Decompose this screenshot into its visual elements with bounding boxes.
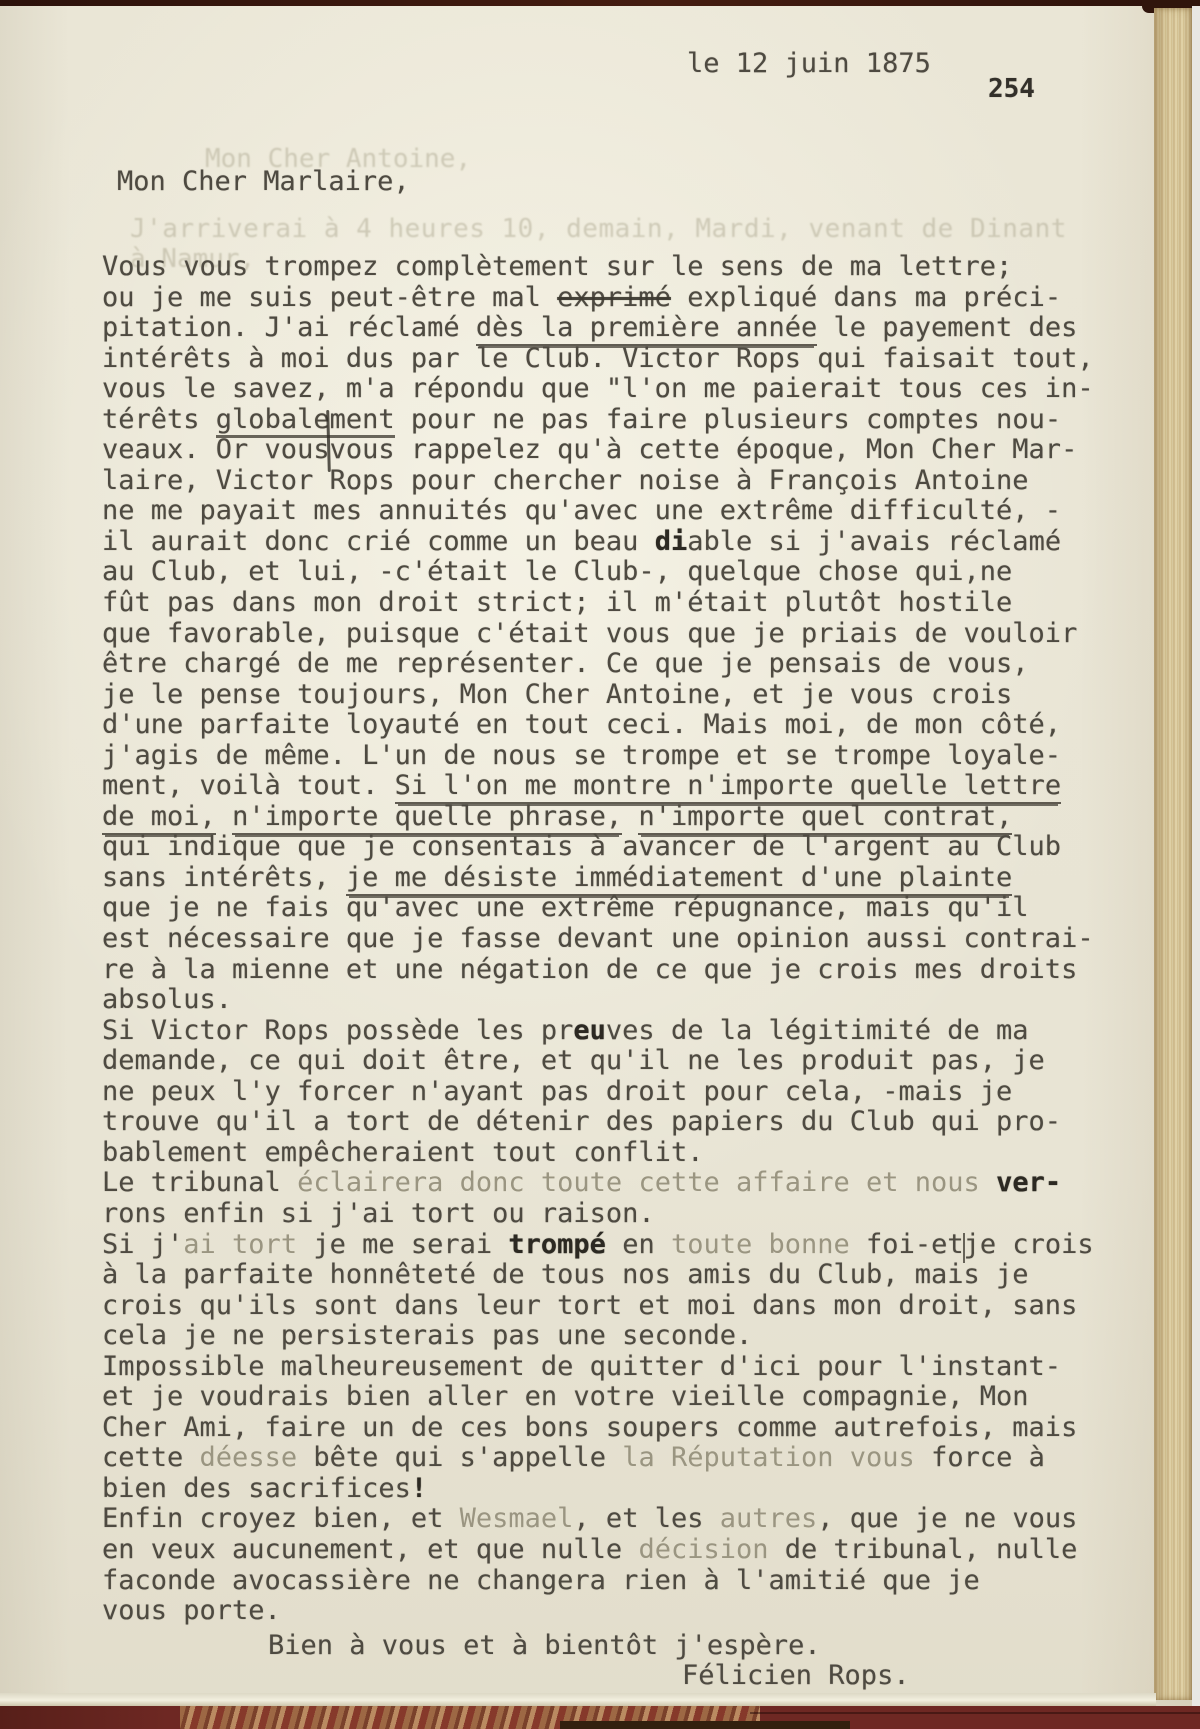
text-segment: est nécessaire que je fasse devant une o… [102,923,1094,954]
text-segment: di [655,526,688,557]
text-segment: et je voudrais bien aller en votre vieil… [102,1381,1029,1412]
letter-page: Mon Cher Antoine,J'arriverai à 4 heures … [0,0,1200,1729]
letter-line: re à la mienne et une négation de ce que… [102,955,1094,986]
letter-line: Enfin croyez bien, et Wesmael, et les au… [102,1504,1094,1535]
letter-signature: Félicien Rops. [682,1660,910,1691]
text-segment: veaux. Or vousvous rappelez qu'à cette é… [102,434,1077,465]
text-segment: Si l'on me montre n'importe quelle lettr… [395,770,1061,804]
text-segment: n'importe quel contrat, [638,801,1012,835]
letter-line: trouve qu'il a tort de détenir des papie… [102,1107,1094,1138]
letter-line: absolus. [102,985,1094,1016]
letter-line: Si j'ai tort je me serai trompé en toute… [102,1230,1094,1261]
text-segment: je me désiste immédiatement d'une plaint… [346,862,1012,896]
letter-line: est nécessaire que je fasse devant une o… [102,924,1094,955]
letter-line: qui indique que je consentais à avancer … [102,832,1094,863]
letter-line: Le tribunal éclairera donc toute cette a… [102,1168,1094,1199]
text-segment: Cher Ami, faire un de ces bons soupers c… [102,1412,1077,1443]
letter-line: ou je me suis peut-être mal exprimé expl… [102,283,1094,314]
text-segment: ver- [996,1167,1061,1198]
letter-line: à la parfaite honnêteté de tous nos amis… [102,1260,1094,1291]
text-segment: le payement des [817,312,1077,343]
page-number: 254 [988,74,1035,104]
letter-line: ment, voilà tout. Si l'on me montre n'im… [102,771,1094,802]
pen-mark [963,1233,965,1263]
text-segment: faconde avocassière ne changera rien à l… [102,1565,980,1596]
text-segment: bablement empêcheraient tout conflit. [102,1137,703,1168]
text-segment: il aurait donc crié comme un beau [102,526,655,557]
text-segment: j'agis de même. L'un de nous se trompe e… [102,740,1061,771]
text-segment: trouve qu'il a tort de détenir des papie… [102,1106,1061,1137]
text-segment: cette [102,1442,200,1473]
letter-line: Impossible malheureusement de quitter d'… [102,1352,1094,1383]
text-segment: crois qu'ils sont dans leur tort et moi … [102,1290,1077,1321]
letter-line: bien des sacrifices! [102,1474,1094,1505]
letter-line: demande, ce qui doit être, et qu'il ne l… [102,1046,1094,1077]
text-segment: bien des sacrifices [102,1473,411,1504]
letter-valediction: Bien à vous et à bientôt j'espère. [268,1630,821,1661]
text-segment: ment, voilà tout. [102,770,395,801]
page-stack-edge [1154,8,1192,1700]
letter-line: en veux aucunement, et que nulle décisio… [102,1535,1094,1566]
book-cover-edge [0,0,1200,6]
letter-line: que favorable, puisque c'était vous que … [102,619,1094,650]
binding-seam [750,1712,1200,1714]
text-segment: vous le savez, m'a répondu que "l'on me … [102,373,1094,404]
text-segment: pitation. J'ai réclamé [102,312,476,343]
bleedthrough-line: J'arriverai à 4 heures 10, demain, Mardi… [130,214,1067,244]
text-segment: pour ne pas faire plusieurs comptes nou- [395,404,1061,435]
text-segment: n'importe quelle phrase, [232,801,622,835]
letter-line: fût pas dans mon droit strict; il m'étai… [102,588,1094,619]
text-segment: éclairera donc toute cette affaire et no… [297,1167,996,1198]
letter-line: rons enfin si j'ai tort ou raison. [102,1199,1094,1230]
binding-shadow [560,1721,850,1729]
text-segment: à la parfaite honnêteté de tous nos amis… [102,1259,1029,1290]
text-segment: décision [638,1534,768,1565]
text-segment: , que je ne vous [817,1503,1077,1534]
text-segment: ves de la légitimité de ma [606,1015,1029,1046]
text-segment: foi-etje crois [850,1229,1094,1260]
letter-line: cette déesse bête qui s'appelle la Réput… [102,1443,1094,1474]
letter-line: sans intérêts, je me désiste immédiateme… [102,863,1094,894]
letter-line: j'agis de même. L'un de nous se trompe e… [102,741,1094,772]
text-segment: fût pas dans mon droit strict; il m'étai… [102,587,1012,618]
text-segment: Enfin croyez bien, et [102,1503,460,1534]
text-segment: absolus. [102,984,232,1015]
text-segment: autres [720,1503,818,1534]
letter-line: ne me payait mes annuités qu'avec une ex… [102,496,1094,527]
letter-line: crois qu'ils sont dans leur tort et moi … [102,1291,1094,1322]
scan-background-strip [1192,6,1200,1706]
text-segment: cela je ne persisterais pas une seconde. [102,1320,752,1351]
text-segment: , et les [573,1503,719,1534]
text-segment: que favorable, puisque c'était vous que … [102,618,1077,649]
text-segment: demande, ce qui doit être, et qu'il ne l… [102,1045,1045,1076]
text-segment: expliqué dans ma préci- [671,282,1061,313]
text-segment: d'une parfaite loyauté en tout ceci. Mai… [102,709,1061,740]
letter-line: bablement empêcheraient tout conflit. [102,1138,1094,1169]
text-segment: intérêts à moi dus par le Club. Victor R… [102,343,1094,374]
text-segment: en veux aucunement, et que nulle [102,1534,638,1565]
letter-line: veaux. Or vousvous rappelez qu'à cette é… [102,435,1094,466]
text-segment: ne peux l'y forcer n'ayant pas droit pou… [102,1076,1012,1107]
text-segment: Si j' [102,1229,183,1260]
letter-line: térêts globalement pour ne pas faire plu… [102,405,1094,436]
text-segment: au Club, et lui, -c'était le Club-, quel… [102,556,1012,587]
text-segment: être chargé de me représenter. Ce que je… [102,648,1029,679]
letter-line: et je voudrais bien aller en votre vieil… [102,1382,1094,1413]
letter-line: faconde avocassière ne changera rien à l… [102,1566,1094,1597]
text-segment: ! [411,1473,427,1504]
text-segment: vous porte. [102,1595,281,1626]
text-segment [622,801,638,832]
letter-line: d'une parfaite loyauté en tout ceci. Mai… [102,710,1094,741]
text-segment: la Réputation vous [622,1442,915,1473]
text-segment: ne me payait mes annuités qu'avec une ex… [102,495,1061,526]
letter-line: Vous vous trompez complètement sur le se… [102,252,1094,283]
text-segment: Si Victor Rops possède les pr [102,1015,573,1046]
text-segment: able si j'avais réclamé [687,526,1061,557]
text-segment: Le tribunal [102,1167,297,1198]
letter-line: il aurait donc crié comme un beau diable… [102,527,1094,558]
letter-line: vous porte. [102,1596,1094,1627]
text-segment: Vous vous trompez complètement sur le se… [102,251,1012,282]
text-segment: trompé [508,1229,606,1260]
letter-line: être chargé de me représenter. Ce que je… [102,649,1094,680]
letter-line: laire, Victor Rops pour chercher noise à… [102,466,1094,497]
text-segment: Wesmael [460,1503,574,1534]
text-segment: eu [573,1015,606,1046]
letter-line: de moi, n'importe quelle phrase, n'impor… [102,802,1094,833]
text-segment: de moi, [102,801,216,835]
text-segment [216,801,232,832]
text-segment: force à [915,1442,1045,1473]
letter-line: pitation. J'ai réclamé dès la première a… [102,313,1094,344]
text-segment: térêts [102,404,216,435]
text-segment: je me serai [297,1229,508,1260]
letter-line: vous le savez, m'a répondu que "l'on me … [102,374,1094,405]
text-segment: en [606,1229,671,1260]
letter-line: cela je ne persisterais pas une seconde. [102,1321,1094,1352]
text-segment: re à la mienne et une négation de ce que… [102,954,1077,985]
text-segment: Impossible malheureusement de quitter d'… [102,1351,1061,1382]
text-segment: exprimé [557,282,671,313]
letter-line: je le pense toujours, Mon Cher Antoine, … [102,680,1094,711]
text-segment: déesse [200,1442,298,1473]
text-segment: que je ne fais qu'avec une extrême répug… [102,892,1029,923]
letter-line: Si Victor Rops possède les preuves de la… [102,1016,1094,1047]
text-segment: rons enfin si j'ai tort ou raison. [102,1198,655,1229]
text-segment: bête qui s'appelle [297,1442,622,1473]
letter-line: intérêts à moi dus par le Club. Victor R… [102,344,1094,375]
text-segment: je le pense toujours, Mon Cher Antoine, … [102,679,1012,710]
text-segment: ou je me suis peut-être mal [102,282,557,313]
letter-date: le 12 juin 1875 [687,48,931,79]
text-segment: de tribunal, nulle [768,1534,1077,1565]
letter-line: que je ne fais qu'avec une extrême répug… [102,893,1094,924]
text-segment: toute bonne [671,1229,850,1260]
page-bottom-edge [0,1693,1156,1706]
letter-line: ne peux l'y forcer n'ayant pas droit pou… [102,1077,1094,1108]
text-segment: ai tort [183,1229,297,1260]
letter-line: au Club, et lui, -c'était le Club-, quel… [102,557,1094,588]
text-segment: dès la première année [476,312,817,346]
letter-salutation: Mon Cher Marlaire, [117,166,410,197]
text-segment: sans intérêts, [102,862,346,893]
letter-body: Vous vous trompez complètement sur le se… [102,252,1094,1627]
text-segment: qui indique que je consentais à avancer … [102,831,1061,862]
letter-line: Cher Ami, faire un de ces bons soupers c… [102,1413,1094,1444]
text-segment: globalement [216,404,395,438]
text-segment: laire, Victor Rops pour chercher noise à… [102,465,1029,496]
